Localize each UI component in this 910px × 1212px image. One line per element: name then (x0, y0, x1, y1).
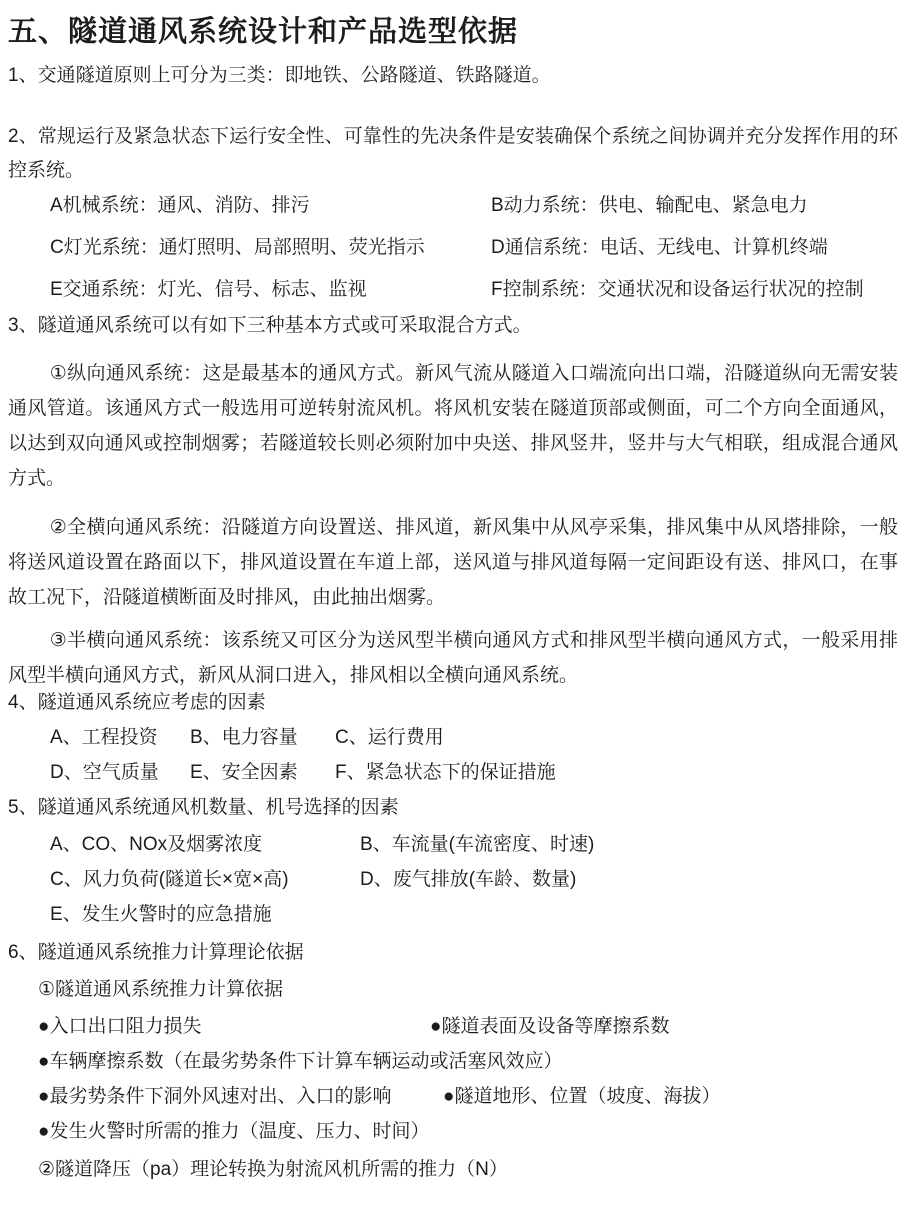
system-row-ab: A机械系统：通风、消防、排污 B动力系统：供电、输配电、紧急电力 (8, 193, 898, 219)
system-a-mechanical: A机械系统：通风、消防、排污 (50, 193, 491, 219)
bullet-tunnel-terrain: ●隧道地形、位置（坡度、海拔） (443, 1087, 720, 1107)
item-6-intro: 6、隧道通风系统推力计算理论依据 (8, 943, 898, 963)
factor-d-air-quality: D、空气质量 (50, 763, 190, 783)
para-full-transverse-ventilation: ②全横向通风系统：沿隧道方向设置送、排风道，新风集中从风亭采集，排风集中从风塔排… (8, 510, 898, 615)
factor-c-operating-cost: C、运行费用 (335, 728, 898, 748)
selection-a-concentration: A、CO、NOx及烟雾浓度 (50, 835, 360, 855)
item-1-tunnel-types: 1、交通隧道原则上可分为三类：即地铁、公路隧道、铁路隧道。 (8, 66, 898, 86)
factors-row-abc: A、工程投资 B、电力容量 C、运行费用 (8, 728, 898, 748)
thrust-calc-basis-heading: ①隧道通风系统推力计算依据 (8, 980, 898, 1000)
system-d-communication: D通信系统：电话、无线电、计算机终端 (491, 235, 898, 261)
fan-selection-row-cd: C、风力负荷(隧道长×宽×高) D、废气排放(车龄、数量) (8, 870, 898, 890)
system-f-control: F控制系统：交通状况和设备运行状况的控制 (491, 277, 898, 303)
factor-f-emergency-measures: F、紧急状态下的保证措施 (335, 763, 898, 783)
system-row-cd: C灯光系统：通灯照明、局部照明、荧光指示 D通信系统：电话、无线电、计算机终端 (8, 235, 898, 261)
factor-e-safety: E、安全因素 (190, 763, 335, 783)
para-semi-transverse-ventilation: ③半横向通风系统：该系统又可区分为送风型半横向通风方式和排风型半横向通风方式，一… (8, 623, 898, 693)
fan-selection-row-ab: A、CO、NOx及烟雾浓度 B、车流量(车流密度、时速) (8, 835, 898, 855)
selection-b-traffic-volume: B、车流量(车流密度、时速) (360, 835, 594, 855)
bullet-outside-wind-effect: ●最劣势条件下洞外风速对出、入口的影响 (38, 1087, 443, 1107)
item-3-intro: 3、隧道通风系统可以有如下三种基本方式或可采取混合方式。 (8, 316, 898, 336)
factor-b-power-capacity: B、电力容量 (190, 728, 335, 748)
system-b-power: B动力系统：供电、输配电、紧急电力 (491, 193, 898, 219)
page-title: 五、隧道通风系统设计和产品选型依据 (8, 14, 898, 50)
selection-e-fire-emergency: E、发生火警时的应急措施 (8, 905, 898, 925)
system-row-ef: E交通系统：灯光、信号、标志、监视 F控制系统：交通状况和设备运行状况的控制 (8, 277, 898, 303)
pressure-drop-conversion: ②隧道降压（pa）理论转换为射流风机所需的推力（N） (8, 1160, 898, 1180)
thrust-bullet-row-3: ●最劣势条件下洞外风速对出、入口的影响 ●隧道地形、位置（坡度、海拔） (8, 1087, 898, 1107)
selection-d-exhaust-emission: D、废气排放(车龄、数量) (360, 870, 576, 890)
system-c-lighting: C灯光系统：通灯照明、局部照明、荧光指示 (50, 235, 491, 261)
bullet-vehicle-friction: ●车辆摩擦系数（在最劣势条件下计算车辆运动或活塞风效应） (8, 1052, 898, 1072)
selection-c-wind-load: C、风力负荷(隧道长×宽×高) (50, 870, 360, 890)
system-e-traffic: E交通系统：灯光、信号、标志、监视 (50, 277, 491, 303)
factors-row-def: D、空气质量 E、安全因素 F、紧急状态下的保证措施 (8, 763, 898, 783)
bullet-inlet-outlet-loss: ●入口出口阻力损失 (38, 1017, 430, 1037)
system-list: A机械系统：通风、消防、排污 B动力系统：供电、输配电、紧急电力 C灯光系统：通… (8, 193, 898, 303)
item-5-intro: 5、隧道通风系统通风机数量、机号选择的因素 (8, 798, 898, 818)
para-longitudinal-ventilation: ①纵向通风系统：这是最基本的通风方式。新风气流从隧道入口端流向出口端，沿隧道纵向… (8, 356, 898, 496)
item-4-intro: 4、隧道通风系统应考虑的因素 (8, 693, 898, 713)
bullet-fire-thrust: ●发生火警时所需的推力（温度、压力、时间） (8, 1122, 898, 1142)
factor-a-investment: A、工程投资 (50, 728, 190, 748)
thrust-bullet-row-1: ●入口出口阻力损失 ●隧道表面及设备等摩擦系数 (8, 1017, 898, 1037)
item-2-intro: 2、常规运行及紧急状态下运行安全性、可靠性的先决条件是安装确保个系统之间协调并充… (8, 120, 898, 188)
document-page: 五、隧道通风系统设计和产品选型依据 1、交通隧道原则上可分为三类：即地铁、公路隧… (0, 0, 910, 1212)
bullet-surface-friction: ●隧道表面及设备等摩擦系数 (430, 1017, 669, 1037)
